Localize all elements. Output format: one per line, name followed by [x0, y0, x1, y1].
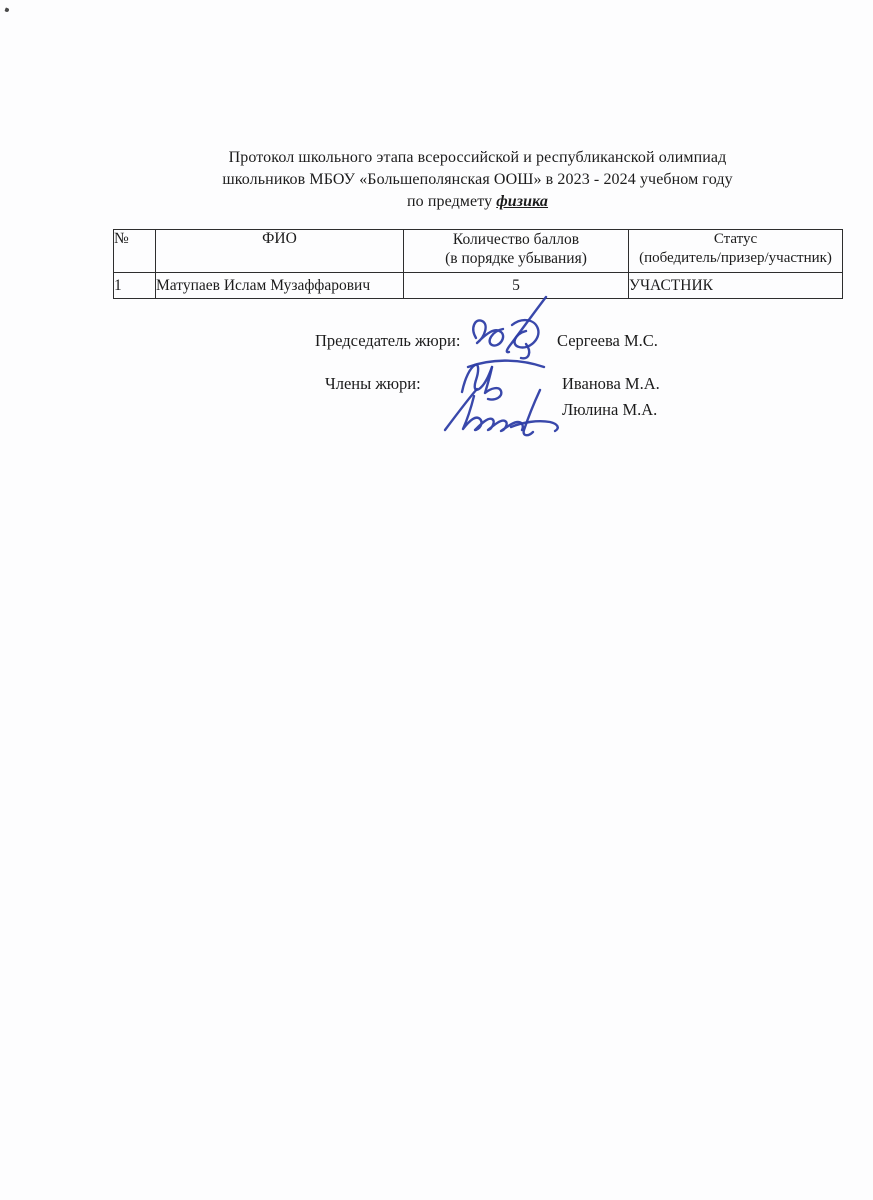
col-header-status: Статус (победитель/призер/участник) — [629, 230, 843, 273]
col-header-number: № — [114, 230, 156, 273]
member1-name: Иванова М.А. — [562, 374, 660, 394]
title-line-1: Протокол школьного этапа всероссийской и… — [113, 147, 842, 169]
col-header-status-line2: (победитель/призер/участник) — [629, 249, 842, 268]
results-table: № ФИО Количество баллов (в порядке убыва… — [113, 229, 843, 299]
chair-label: Председатель жюри: — [315, 331, 460, 351]
cell-status: УЧАСТНИК — [629, 273, 843, 299]
document-title: Протокол школьного этапа всероссийской и… — [113, 147, 842, 213]
members-label: Члены жюри: — [325, 374, 421, 394]
title-line-3: по предметуфизика — [113, 191, 842, 213]
cell-participant-name: Матупаев Ислам Музаффарович — [156, 273, 404, 299]
col-header-points-line1: Количество баллов — [404, 230, 628, 249]
cell-row-number: 1 — [114, 273, 156, 299]
table-header-row: № ФИО Количество баллов (в порядке убыва… — [114, 230, 843, 273]
member2-name: Люлина М.А. — [562, 400, 657, 420]
title-line-2: школьников МБОУ «Большеполянская ООШ» в … — [113, 169, 842, 191]
col-header-fio: ФИО — [156, 230, 404, 273]
scanned-document-page: Протокол школьного этапа всероссийской и… — [0, 0, 873, 1200]
scan-artifact-speck — [4, 7, 9, 12]
title-line-3-prefix: по предмету — [407, 193, 492, 210]
col-header-points-line2: (в порядке убывания) — [404, 249, 628, 268]
member2-signature-ink — [441, 384, 569, 434]
subject-name: физика — [496, 193, 548, 210]
chair-signature-ink — [466, 292, 562, 364]
col-header-points: Количество баллов (в порядке убывания) — [404, 230, 629, 273]
chair-name: Сергеева М.С. — [557, 331, 658, 351]
col-header-status-line1: Статус — [629, 230, 842, 249]
